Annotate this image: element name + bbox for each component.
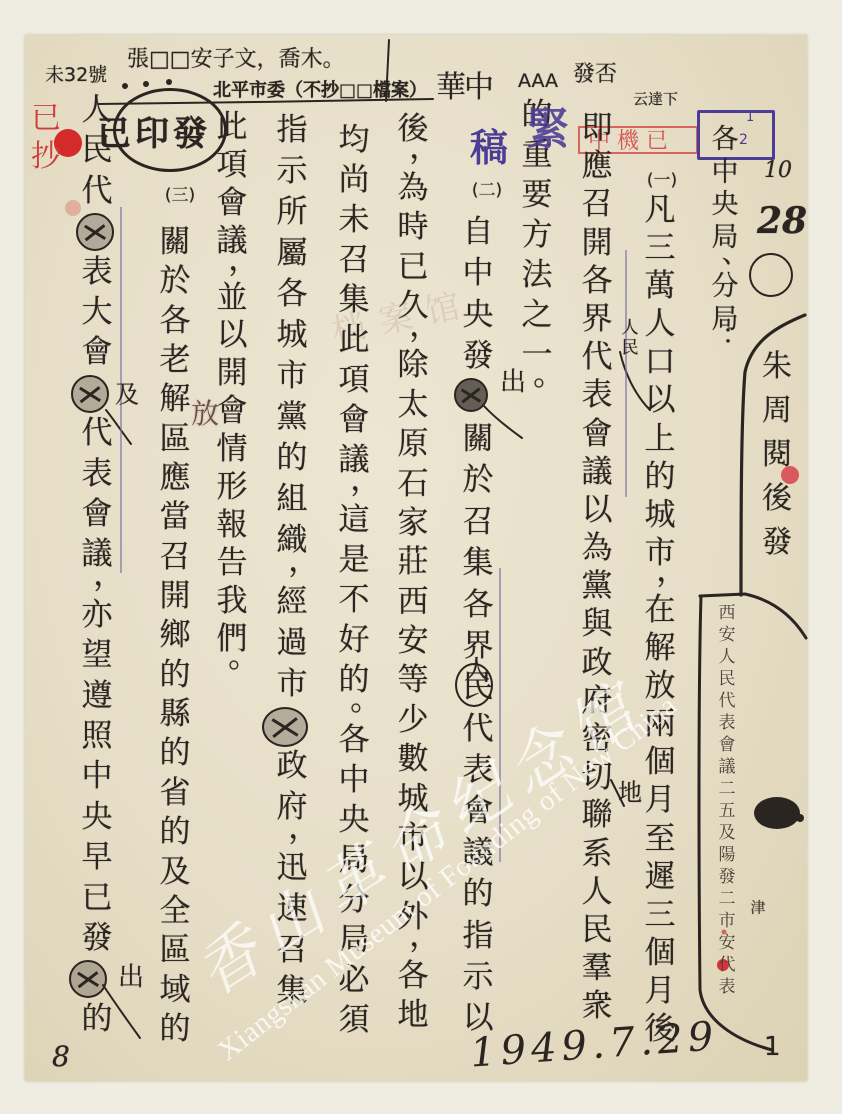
- deletion-circle: [69, 960, 107, 998]
- deletion-circle: [454, 378, 488, 412]
- glyph: 不: [331, 580, 377, 620]
- glyph: 的: [269, 438, 315, 479]
- section-label-1: (一): [647, 166, 677, 191]
- glyph: 少: [390, 701, 436, 740]
- glyph: 尚: [331, 160, 377, 200]
- glyph: 月: [637, 972, 683, 1010]
- glyph: 於: [455, 460, 501, 501]
- glyph: 安: [390, 622, 436, 661]
- glyph: 是: [331, 540, 377, 580]
- glyph: 太: [390, 386, 436, 425]
- glyph: 萬: [637, 267, 683, 305]
- glyph: 人: [574, 873, 620, 911]
- glyph: 自: [455, 212, 501, 253]
- glyph: 會: [331, 400, 377, 440]
- glyph: 已: [74, 878, 120, 918]
- glyph: 照: [74, 716, 120, 756]
- glyph: 及: [704, 822, 750, 844]
- glyph: 代: [74, 171, 120, 211]
- dispatch-query: 發否: [573, 57, 617, 88]
- glyph: 項: [209, 147, 255, 185]
- glyph: 會: [74, 332, 120, 372]
- glyph: 開: [574, 224, 620, 262]
- glyph: 須: [331, 1000, 377, 1040]
- text-column-9: 關於各老解區應當召開鄉的縣的省的及全區域的: [152, 223, 198, 1049]
- cc-line: 北平市委（不抄□□檔案）: [213, 76, 427, 102]
- glyph: 示: [455, 957, 501, 998]
- glyph: 議: [704, 756, 750, 778]
- glyph: 城: [637, 496, 683, 534]
- glyph: 會: [209, 185, 255, 223]
- glyph: 我: [209, 583, 255, 621]
- margin-note: 西安人民代表會議二五及陽發二市安代表: [704, 602, 750, 998]
- recipients-line: 張□□安子文，喬木。: [127, 42, 345, 73]
- glyph: 代: [704, 954, 750, 976]
- glyph: 法: [514, 255, 560, 295]
- glyph: 召: [455, 502, 501, 543]
- insertion-issue: 出: [500, 362, 526, 399]
- glyph: 等: [390, 661, 436, 700]
- glyph: 過: [269, 623, 315, 664]
- punctuation: 。: [343, 690, 389, 710]
- glyph: 市: [269, 664, 315, 705]
- punctuation: ，: [281, 818, 327, 839]
- glyph: 政: [269, 746, 315, 787]
- glyph: 未: [331, 200, 377, 240]
- glyph: 集: [331, 280, 377, 320]
- glyph: 三: [637, 896, 683, 934]
- glyph: 情: [209, 431, 255, 469]
- punctuation: ，: [281, 551, 327, 572]
- glyph: 好: [331, 620, 377, 660]
- glyph: 閱: [754, 433, 800, 477]
- glyph: 西: [390, 583, 436, 622]
- glyph: 的: [637, 458, 683, 496]
- glyph: 當: [152, 498, 198, 537]
- glyph: 方: [514, 215, 560, 255]
- punctuation: ，: [402, 317, 448, 337]
- glyph: 域: [152, 971, 198, 1010]
- glyph: 報: [209, 507, 255, 545]
- glyph: 朱: [754, 345, 800, 389]
- glyph: 黨: [269, 397, 315, 438]
- glyph: 以: [637, 381, 683, 419]
- routing-side-note: 朱周閱後發: [754, 345, 800, 565]
- corner-mark: 1: [764, 1032, 781, 1062]
- glyph: 發: [704, 866, 750, 888]
- glyph: 屬: [269, 233, 315, 274]
- glyph: 各: [455, 585, 501, 626]
- punctuation: ：: [712, 328, 758, 344]
- punctuation: ，: [649, 562, 695, 581]
- glyph: 這: [331, 500, 377, 540]
- glyph: 中: [74, 756, 120, 796]
- glyph: 地: [390, 996, 436, 1035]
- glyph: 指: [269, 110, 315, 151]
- glyph: 以: [574, 491, 620, 529]
- punctuation: ，: [343, 470, 389, 490]
- glyph: 民: [574, 911, 620, 949]
- glyph: 議: [574, 453, 620, 491]
- sheet-number: 10: [764, 158, 792, 183]
- glyph: 各: [269, 274, 315, 315]
- glyph: 除: [390, 346, 436, 385]
- glyph: 市: [704, 910, 750, 932]
- glyph: 遵: [74, 676, 120, 716]
- insertion-person: 人: [464, 650, 490, 687]
- serial-number: 28: [757, 200, 807, 242]
- insertion-liberated-red: 放: [191, 392, 219, 432]
- glyph: 以: [209, 317, 255, 355]
- text-column-2: 即應召開各界代表會議以為黨與政府密切聯系人民羣衆: [574, 109, 620, 1026]
- punctuation: ，: [221, 251, 267, 270]
- glyph: 項: [331, 360, 377, 400]
- glyph: 縣: [152, 695, 198, 734]
- glyph: 發: [74, 918, 120, 958]
- draft-stamp: 稿: [470, 117, 508, 172]
- glyph: 時: [390, 208, 436, 247]
- copied-mark: 已抄: [23, 100, 69, 176]
- glyph: 上: [637, 420, 683, 458]
- glyph: 指: [455, 916, 501, 957]
- glyph: 早: [74, 837, 120, 877]
- glyph: 的: [152, 1010, 198, 1049]
- glyph: 各: [152, 302, 198, 341]
- glyph: 民: [607, 338, 653, 358]
- glyph: 中: [455, 253, 501, 294]
- glyph: 的: [152, 813, 198, 852]
- glyph: 關: [152, 223, 198, 262]
- glyph: 系: [574, 835, 620, 873]
- glyph: 組: [269, 479, 315, 520]
- glyph: 五: [704, 800, 750, 822]
- addressee-column: 各中央局、分局：: [702, 124, 748, 353]
- glyph: 告: [209, 545, 255, 583]
- punctuation: ，: [402, 139, 448, 159]
- insertion-adverb: 地: [618, 773, 642, 808]
- punctuation: ，: [402, 927, 448, 947]
- glyph: 經: [269, 582, 315, 623]
- text-column-4: 自中央發 關於召集各界民代表會議的指示以: [455, 212, 501, 1040]
- glyph: 已: [390, 248, 436, 287]
- glyph: 召: [574, 185, 620, 223]
- glyph: 城: [269, 315, 315, 356]
- glyph: 分: [702, 271, 748, 304]
- glyph: 開: [209, 355, 255, 393]
- glyph: 人: [607, 318, 653, 338]
- glyph: 此: [209, 109, 255, 147]
- glyph: 解: [637, 629, 683, 667]
- margin-insert: 津: [750, 897, 765, 918]
- glyph: 形: [209, 469, 255, 507]
- glyph: 羣: [574, 949, 620, 987]
- glyph: 及: [152, 853, 198, 892]
- glyph: 召: [331, 240, 377, 280]
- deletion-circle: [76, 213, 114, 251]
- glyph: 會: [704, 734, 750, 756]
- glyph: 遲: [637, 858, 683, 896]
- glyph: 各: [390, 957, 436, 996]
- urgent-stamp: 緊: [526, 93, 570, 157]
- priority-mark: AAA: [518, 70, 558, 92]
- glyph: 個: [637, 934, 683, 972]
- glyph: 代: [74, 413, 120, 453]
- glyph: 原: [390, 425, 436, 464]
- glyph: 抄: [23, 138, 69, 176]
- glyph: 央: [702, 189, 748, 222]
- insertion-people: 人民: [607, 318, 653, 358]
- section-label-2: (二): [472, 176, 502, 201]
- glyph: 並: [209, 280, 255, 318]
- glyph: 的: [74, 999, 120, 1039]
- glyph: 各: [331, 720, 377, 760]
- glyph: 至: [637, 820, 683, 858]
- glyph: 應: [574, 147, 620, 185]
- insertion-and: 及: [115, 375, 139, 410]
- glyph: 民: [704, 668, 750, 690]
- glyph: 莊: [390, 543, 436, 582]
- glyph: 老: [152, 341, 198, 380]
- glyph: 鄉: [152, 616, 198, 655]
- glyph: 各: [702, 124, 748, 157]
- glyph: 央: [74, 797, 120, 837]
- section-label-3: (三): [165, 181, 195, 206]
- glyph: 聯: [574, 796, 620, 834]
- glyph: 三: [637, 229, 683, 267]
- glyph: 表: [704, 976, 750, 998]
- glyph: 表: [74, 454, 120, 494]
- glyph: 表: [74, 252, 120, 292]
- glyph: 中: [702, 157, 748, 190]
- glyph: 與: [574, 605, 620, 643]
- glyph: 要: [514, 175, 560, 215]
- glyph: 即: [574, 109, 620, 147]
- punctuation: 。: [221, 648, 267, 667]
- glyph: 民: [74, 130, 120, 170]
- glyph: 發: [455, 336, 501, 377]
- document-photo: 档案馆: [0, 0, 842, 1114]
- glyph: 安: [704, 932, 750, 954]
- glyph: 於: [152, 262, 198, 301]
- glyph: 陽: [704, 844, 750, 866]
- glyph: 中: [331, 760, 377, 800]
- glyph: 表: [704, 712, 750, 734]
- glyph: 代: [704, 690, 750, 712]
- glyph: 二: [704, 778, 750, 800]
- glyph: 人: [74, 90, 120, 130]
- deletion-circle: [71, 375, 109, 413]
- region-note: 華中: [436, 62, 492, 106]
- glyph: 已: [23, 100, 69, 138]
- glyph: 後: [754, 477, 800, 521]
- box-number-top: 1: [746, 110, 754, 125]
- glyph: 關: [455, 419, 501, 460]
- glyph: 為: [574, 529, 620, 567]
- glyph: 市: [269, 356, 315, 397]
- glyph: 凡: [637, 191, 683, 229]
- glyph: 人: [704, 646, 750, 668]
- glyph: 月: [637, 781, 683, 819]
- glyph: 在: [637, 591, 683, 629]
- glyph: 召: [152, 538, 198, 577]
- glyph: 安: [704, 624, 750, 646]
- glyph: 央: [455, 295, 501, 336]
- punctuation: 。: [526, 365, 572, 385]
- glyph: 會: [74, 494, 120, 534]
- glyph: 集: [455, 543, 501, 584]
- deletion-circle: [262, 707, 308, 747]
- page-number: 8: [52, 1040, 70, 1073]
- glyph: 省: [152, 774, 198, 813]
- glyph: 開: [152, 577, 198, 616]
- glyph: 二: [704, 888, 750, 910]
- glyph: 望: [74, 635, 120, 675]
- glyph: 為: [390, 169, 436, 208]
- routing-note: 云達下: [633, 88, 678, 109]
- glyph: 黨: [574, 567, 620, 605]
- glyph: 個: [637, 743, 683, 781]
- glyph: 石: [390, 465, 436, 504]
- punctuation: ，: [86, 565, 132, 585]
- glyph: 此: [331, 320, 377, 360]
- glyph: 發: [754, 521, 800, 565]
- glyph: 各: [574, 262, 620, 300]
- glyph: 周: [754, 389, 800, 433]
- glyph: 均: [331, 120, 377, 160]
- glyph: 家: [390, 504, 436, 543]
- glyph: 的: [152, 656, 198, 695]
- insertion-issue: 出: [118, 957, 144, 994]
- glyph: 示: [269, 151, 315, 192]
- glyph: 表: [574, 376, 620, 414]
- glyph: 亦: [74, 595, 120, 635]
- glyph: 會: [574, 415, 620, 453]
- glyph: 大: [74, 292, 120, 332]
- glyph: 所: [269, 192, 315, 233]
- glyph: 之: [514, 295, 560, 335]
- glyph: 的: [152, 734, 198, 773]
- glyph: 全: [152, 892, 198, 931]
- punctuation: 、: [712, 246, 758, 262]
- glyph: 西: [704, 602, 750, 624]
- file-number: 未32號: [45, 60, 107, 87]
- glyph: 應: [152, 459, 198, 498]
